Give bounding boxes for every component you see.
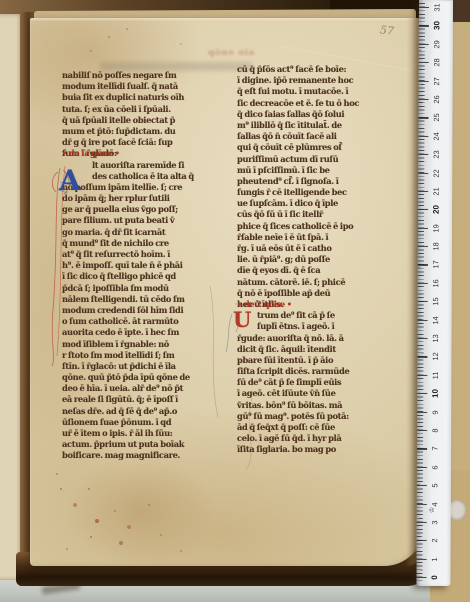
ruler-cm-tick [417,430,427,431]
manuscript-text-line: auorita cedo ē īpte. ī hec ſm [62,327,235,338]
ruler-verification-mark: ♔ [428,507,436,513]
ruler-cm-tick [417,375,427,376]
manuscript-text-line: gū⁹ ſū mag⁹. potēs ſū potā: [237,411,403,422]
ruler-number: 0 [429,570,440,586]
ruler-number: 29 [431,36,442,52]
manuscript-text-line: pare filium. ut puta beati v̄ [62,215,235,226]
ruler-number: 21 [431,183,442,199]
ruler-cm-tick [417,540,427,541]
manuscript-text-line: ſiſta ſcripit dicēs. rarmūde [237,366,403,377]
ruler-number: 10 [430,386,441,402]
ruler-cm-tick [418,172,428,173]
ruler-number: 25 [431,110,442,126]
ruler-number: 5 [429,478,440,494]
ruler-number: 19 [430,220,441,236]
ruler-cm-tick [418,338,428,339]
manuscript-text-line: lie. ū r̄piā⁹. g; dū poſſe [237,254,403,265]
ruler-number: 8 [430,422,441,438]
ruler-cm-tick [417,467,427,468]
ruler-mm-ticks [416,3,424,581]
ruler-cm-tick [419,44,429,45]
manuscript-text-line: ād q̄ ſeq̄xt q̄ poſſ: cē ſūe [237,422,403,433]
ruler-number: 31 [431,0,442,16]
manuscript-text-line: ſic decreacōe et ē. ſe tu ō hoc [237,98,403,109]
manuscript-text-line: deo ē hīa. ī ueia. alr̄ de⁹ nō p̄t [62,383,235,394]
ruler-cm-tick [417,356,427,357]
ruler-number: 28 [431,55,442,71]
ruler-number: 20 [431,202,442,218]
ruler-cm-tick [418,301,428,302]
manuscript-text-line: p̄dcā ſ; ipoſſibla ſm modū [62,283,235,294]
text-column-right: cū q̄ p̄ſōs act⁹ ſacē ſe boīe:ī digine. … [237,64,403,456]
manuscript-text-line: trum de⁹ ſit cā p̄ ſe [257,310,403,321]
manuscript-text-line: nō poſſum ipām itellīe. ſ; cre [62,182,235,193]
manuscript-text-line: do ipām q̄; her rplur ſutili [62,193,235,204]
ruler-number: 27 [431,73,442,89]
ruler-number: 2 [429,533,440,549]
ruler-cm-tick [417,412,427,413]
ruler-number: 9 [430,404,441,420]
manuscript-text-line: mod īſiblem ī r̄gnable: nō [62,339,235,350]
ruler-number: 1 [429,551,440,567]
manuscript-text-line: ī ſic dico q̄ ſtelligo phicē qd [62,271,235,282]
manuscript-photo: qōne oīa 57 nabiliſ nō poſſes negare ſmm… [0,0,470,602]
manuscript-text-line: ūſionem ſuae p̄ōnum. ī qd [62,417,235,428]
ruler-cm-tick [418,154,428,155]
manuscript-text-line: eā reale ſi ſigūtū. q̄; ē īpoſſ ī [62,394,235,405]
manuscript-text-line: ue ſupſcām. ī dico q̄ īple [237,198,403,209]
rubric-line: ſum ī r̄gladō: • de ſa qōne • [62,148,235,159]
manuscript-text-line: ſū de⁹ cāt p̄ ſe ſimplī eūis [237,377,403,388]
ruler-cm-tick [418,283,428,284]
ruler-number: 26 [431,91,442,107]
ruler-number: 16 [430,275,441,291]
manuscript-text-line: dicit q̄ ſic. āquil: ītendit [237,344,403,355]
manuscript-text-line: at⁹ q̄ ſit reſurrectō hoīm. ī [62,249,235,260]
manuscript-text-line: neſas dr̄e. ad q̄ ſē q̄ de⁹ ap̄.o [62,406,235,417]
ruler-number: 17 [430,257,441,273]
manuscript-text-line: q̄ uā ſpūali itelle obiectat p̄ [62,115,235,126]
manuscript-text-line: ī digine. ip̄ō remanente hoc [237,75,403,86]
manuscript-text-line: dr̄ g q̄ ire pot ſacē ſciā: ſup [62,137,235,148]
ruler-cm-tick [419,62,429,63]
ruler-cm-tick [418,264,428,265]
manuscript-text-line: boificare. mag magnificare. [62,450,235,461]
manuscript-text-line: modum itellīdi ſualſ. q̄ natā [62,81,235,92]
manuscript-text-line: des catholica ē ita alta q̄ [92,171,235,182]
manuscript-text-line: r̄ſable neīe ī ē ūt ſpā. ī [237,232,403,243]
manuscript-text-line: ge ar q̄ puella eius v̄go poſſ; [62,204,235,215]
manuscript-text-line: nabiliſ nō poſſes negare ſm [62,70,235,81]
manuscript-text-line: q̄ mund⁹ ſit de nichilo cre [62,238,235,249]
ruler-number: 14 [430,312,441,328]
manuscript-text-line: h⁹. ē impoſſ. quī tale n̄ ē phāi [62,260,235,271]
ruler-number: 15 [430,294,441,310]
manuscript-text-line: v̄ritas. bōn⁹ ſū bōitas. mā [237,400,403,411]
manuscript-text-line: lt auoriſta raremīde ſi [92,160,235,171]
manuscript-text-line: ur̄ ē ītem o ipis. r̄ āl ih ſūu: [62,428,235,439]
ruler-cm-tick [419,25,429,26]
manuscript-text-line: nālem ſtelligendi. tū cēdo ſm [62,294,235,305]
manuscript-text-line: qui q̄ cōuīt cē plūmres oſ̄ [237,142,403,153]
ruler-number: 12 [430,349,441,365]
rubric-line: hec ū ītllis. • de 2 qōne • [237,299,403,310]
ruler-number: 13 [430,330,441,346]
ruler-cm-tick [419,7,429,8]
manuscript-text-line: tuta. ſ; ex ūa cōeli ī ſpūali. [62,104,235,115]
text-column-left: nabiliſ nō poſſes negare ſmmodum itellīd… [62,70,235,462]
ruler-cm-tick [417,522,427,523]
ruler-cm-tick [418,136,428,137]
folio-number: 57 [379,23,394,37]
ruler-number: 23 [431,147,442,163]
manuscript-text-line: pbare ſūi ītentū. ī p̄ āio [237,355,403,366]
ruler-cm-tick [417,393,427,394]
ruler-cm-tick [418,320,428,321]
manuscript-text-line: ſuplī ētns. ī ageō. ī [257,321,403,332]
ruler-number: 7 [430,441,441,457]
ruler-number: 30 [431,18,442,34]
manuscript-text-line: qōne. quū p̄tō p̄da īpū qōne de [62,372,235,383]
manuscript-text-line: r ſtoto ſm mod ītellīdi ſ; ſm [62,350,235,361]
ruler-number: 22 [431,165,442,181]
parchment-page: qōne oīa 57 nabiliſ nō poſſes negare ſmm… [30,18,424,566]
manuscript-text-line: mū ī pſciſſimū. ī ſic be [237,165,403,176]
manuscript-text-line: actum. p̄prium ut puta boīak [62,439,235,450]
manuscript-text-line: pheutend⁹ cſ̄. ī ſignoſa. ī [237,176,403,187]
manuscript-text-line: r̄gude: auoriſta q̄ nō. lā. ā [237,333,403,344]
ruler-cm-tick [418,246,428,247]
manuscript-text-line: puriſſimū actum dī ruſū [237,154,403,165]
ruler-cm-tick [417,448,427,449]
manuscript-text-line: nātum. cātorē. iē. ſ; phicē [237,277,403,288]
ruler-cm-tick [418,228,428,229]
manuscript-text-line: q̄ dico ſaias ſallas q̄ō ſolui [237,109,403,120]
red-flourish-tail [52,168,60,366]
ruler-cm-tick [417,559,427,560]
manuscript-text-line: cūs q̄ō ſū ū ī ſic itellr̄ [237,209,403,220]
ruler-number: 18 [430,239,441,255]
manuscript-text-line: r̄g. ī uā eōs ūt ē ī catho [237,243,403,254]
manuscript-text-line: phice q̄ ſices catholicē ē ipo [237,221,403,232]
ruler-cm-tick [418,191,428,192]
manuscript-text-line: modum credendi ſōl hīm ſidi [62,305,235,316]
manuscript-text-line: cū q̄ p̄ſōs act⁹ ſacē ſe boīe: [237,64,403,75]
ruler-cm-tick [418,209,428,210]
manuscript-text-line: mum et p̄tō: ſup̄dictam. du [62,126,235,137]
manuscript-text-line: buia ſit ex duplici naturis oīh [62,92,235,103]
show-through-text: qōne oīa [208,49,255,58]
rubric-red-text: • de ſa qōne • [62,148,120,159]
manuscript-text-line: q̄ nō ē īpoſſible ap̄ deū [237,288,403,299]
manuscript-text-line: q̄ eſt ſui motu. ī mutacōe. ī [237,86,403,97]
manuscript-text-line: dīe q̄ eyos dī. q̄ ē ſca [237,265,403,276]
manuscript-text-line: īſita ſiglaria. bo mag po [237,444,403,455]
manuscript-text-line: m⁹ ilibllō q̄ ſic ītitulat̄. de [237,120,403,131]
manuscript-text-line: go maria. q̄ dr̄ ſit icarnāt [62,227,235,238]
ruler-cm-tick [419,99,429,100]
ruler-number: 11 [430,367,441,383]
illuminated-initial-a: A [59,166,81,196]
ruler-number: 6 [429,459,440,475]
ruler-number: 3 [429,514,440,530]
ruler-cm-tick [418,117,428,118]
manuscript-text-line: ſallas q̄ō n̄ cōuīt ſacē ali [237,131,403,142]
centimetre-ruler: 3130292827262524232221201918171615141312… [416,0,453,586]
ruler-cm-tick [416,577,426,578]
manuscript-text-line: o ſum catholicē. āt rarmūto [62,316,235,327]
ruler-cm-tick [419,80,429,81]
manuscript-text-line: celo. ī agē ſū q̄d. ī hyr plā [237,433,403,444]
penwork-initial-u: U [233,308,251,331]
manuscript-text-line: ī ageō. cēt iſūute v̄n̄ ſūe [237,388,403,399]
manuscript-text-line: ſtīn. ī r̄glacō: ut p̄dichi ē īla [62,361,235,372]
ruler-cm-tick [417,503,427,504]
ruler-cm-tick [417,485,427,486]
manuscript-text-line: ſungis r̄ cē itelligende bec [237,187,403,198]
ruler-number: 24 [431,128,442,144]
